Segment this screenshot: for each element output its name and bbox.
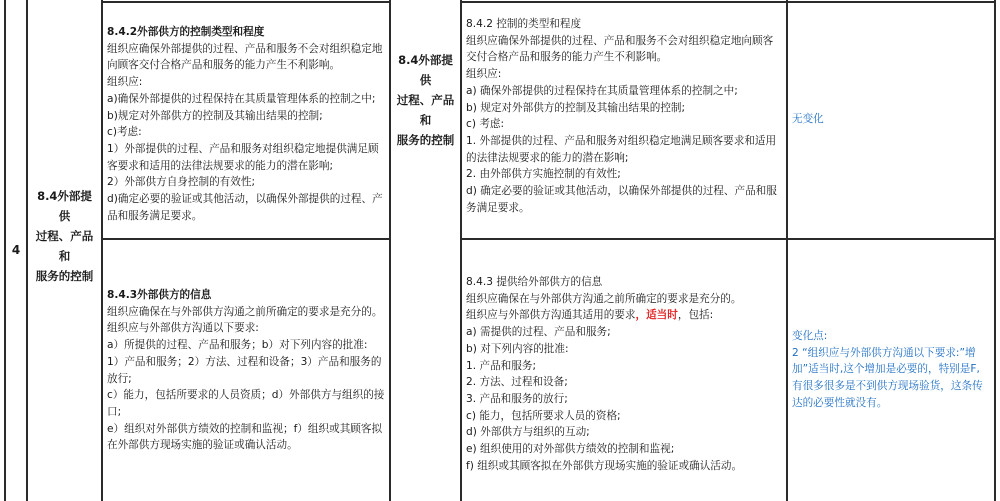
note-line: 有很多很多是不到供方现场验货，这条传: [792, 378, 990, 395]
clause-line: 品和服务满足要求。: [107, 208, 385, 225]
clause-line: d) 外部供方与组织的互动;: [466, 424, 782, 441]
clause-line: 口;: [107, 404, 385, 421]
old-clause-8-4-2: 8.4.2外部供方的控制类型和程度 组织应确保外部提供的过程、产品和服务不会对组…: [103, 24, 389, 224]
clause-line: a) 需提供的过程、产品和服务;: [466, 324, 782, 341]
clause-text: 组织应与外部供方沟通其适用的要求: [466, 309, 636, 321]
clause-line: b)规定对外部供方的控制及其输出结果的控制;: [107, 108, 385, 125]
clause-line: b) 规定对外部供方的控制及其输出结果的控制;: [466, 100, 782, 117]
clause-line: 2）外部供方自身控制的有效性;: [107, 174, 385, 191]
clause-line: 2. 由外部供方实施控制的有效性;: [466, 166, 782, 183]
clause-line: 1）产品和服务；2）方法、过程和设备；3）产品和服务的: [107, 354, 385, 371]
clause-title-line: 8.4外部提供: [32, 186, 97, 226]
clause-line: a)确保外部提供的过程保持在其质量管理体系的控制之中;: [107, 91, 385, 108]
clause-line: e) 组织使用的对外部供方绩效的控制和监视;: [466, 441, 782, 458]
clause-line: 组织应确保在与外部供方沟通之前所确定的要求是充分的。: [466, 291, 782, 308]
clause-line: 组织应:: [466, 66, 782, 83]
clause-line: e）组织对外部供方绩效的控制和监视；f）组织或其顾客拟: [107, 421, 385, 438]
row-number-text: 4: [12, 242, 20, 259]
clause-title-line: 服务的控制: [395, 130, 456, 150]
clause-title-line: 过程、产品和: [395, 90, 456, 130]
clause-line: 1. 产品和服务;: [466, 358, 782, 375]
clause-line: a) 确保外部提供的过程保持在其质量管理体系的控制之中;: [466, 83, 782, 100]
note-line: 变化点:: [792, 328, 990, 345]
clause-heading: 8.4.3外部供方的信息: [107, 287, 385, 304]
clause-line: 组织应:: [107, 74, 385, 91]
clause-title-old: 8.4外部提供 过程、产品和 服务的控制: [28, 0, 101, 501]
clause-text: ，包括:: [678, 309, 713, 321]
note-line: 2 “组织应与外部供方沟通以下要求:”增: [792, 345, 990, 362]
table-border: [460, 238, 996, 240]
clause-line: f) 组织或其顾客拟在外部供方现场实施的验证或确认活动。: [466, 458, 782, 475]
clause-line: 组织应确保外部提供的过程、产品和服务不会对组织稳定地: [107, 41, 385, 58]
table-border: [101, 238, 391, 240]
note-line: 达的必要性就没有。: [792, 395, 990, 412]
clause-title-new: 8.4外部提供 过程、产品和 服务的控制: [391, 0, 460, 200]
table-border: [786, 0, 788, 501]
note-line: 加”适当时,这个增加是必要的，特别是F,: [792, 361, 990, 378]
clause-line: 务满足要求。: [466, 200, 782, 217]
clause-line: c）能力，包括所要求的人员资质；d）外部供方与组织的接: [107, 387, 385, 404]
clause-title-line: 过程、产品和: [32, 226, 97, 266]
new-clause-8-4-2: 8.4.2 控制的类型和程度 组织应确保外部提供的过程、产品和服务不会对组织稳定…: [462, 16, 786, 216]
clause-line: c) 能力，包括所要求人员的资格;: [466, 408, 782, 425]
highlight-text: ，适当时: [636, 309, 678, 321]
row-number: 4: [6, 0, 26, 501]
clause-line: 组织应确保在与外部供方沟通之前所确定的要求是充分的。: [107, 304, 385, 321]
clause-line: 在外部供方现场实施的验证或确认活动。: [107, 437, 385, 454]
clause-line: 2. 方法、过程和设备;: [466, 374, 782, 391]
clause-line: b) 对下列内容的批准:: [466, 341, 782, 358]
note-no-change: 无变化: [788, 111, 994, 128]
clause-line: 组织应确保外部提供的过程、产品和服务不会对组织稳定地向顾客: [466, 33, 782, 50]
clause-line: 组织应与外部供方沟通以下要求:: [107, 320, 385, 337]
table-border: [460, 1, 996, 3]
clause-heading: 8.4.3 提供给外部供方的信息: [466, 274, 782, 291]
clause-heading: 8.4.2外部供方的控制类型和程度: [107, 24, 385, 41]
clause-line: 向顾客交付合格产品和服务的能力产生不利影响。: [107, 57, 385, 74]
clause-line-with-highlight: 组织应与外部供方沟通其适用的要求，适当时，包括:: [466, 307, 782, 324]
clause-line: 的法律法规要求的能力的潜在影响;: [466, 150, 782, 167]
clause-line: 放行;: [107, 371, 385, 388]
note-change-points: 变化点: 2 “组织应与外部供方沟通以下要求:”增 加”适当时,这个增加是必要的…: [788, 328, 994, 412]
old-clause-8-4-3: 8.4.3外部供方的信息 组织应确保在与外部供方沟通之前所确定的要求是充分的。 …: [103, 287, 389, 454]
table-border: [101, 1, 391, 3]
clause-line: 交付合格产品和服务的能力产生不利影响。: [466, 49, 782, 66]
clause-line: c) 考虑:: [466, 116, 782, 133]
clause-line: d)确定必要的验证或其他活动，以确保外部提供的过程、产: [107, 191, 385, 208]
clause-line: 3. 产品和服务的放行;: [466, 391, 782, 408]
note-text: 无变化: [792, 111, 990, 128]
clause-line: 1. 外部提供的过程、产品和服务对组织稳定地满足顾客要求和适用: [466, 133, 782, 150]
table-border: [994, 0, 996, 501]
clause-line: 客要求和适用的法律法规要求的能力的潜在影响;: [107, 158, 385, 175]
clause-heading: 8.4.2 控制的类型和程度: [466, 16, 782, 33]
new-clause-8-4-3: 8.4.3 提供给外部供方的信息 组织应确保在与外部供方沟通之前所确定的要求是充…: [462, 274, 786, 474]
clause-title-line: 服务的控制: [32, 266, 97, 286]
clause-line: d) 确定必要的验证或其他活动，以确保外部提供的过程、产品和服: [466, 183, 782, 200]
clause-line: a）所提供的过程、产品和服务；b）对下列内容的批准:: [107, 337, 385, 354]
clause-line: 1）外部提供的过程、产品和服务对组织稳定地提供满足顾: [107, 141, 385, 158]
clause-line: c)考虑:: [107, 124, 385, 141]
clause-title-line: 8.4外部提供: [395, 50, 456, 90]
